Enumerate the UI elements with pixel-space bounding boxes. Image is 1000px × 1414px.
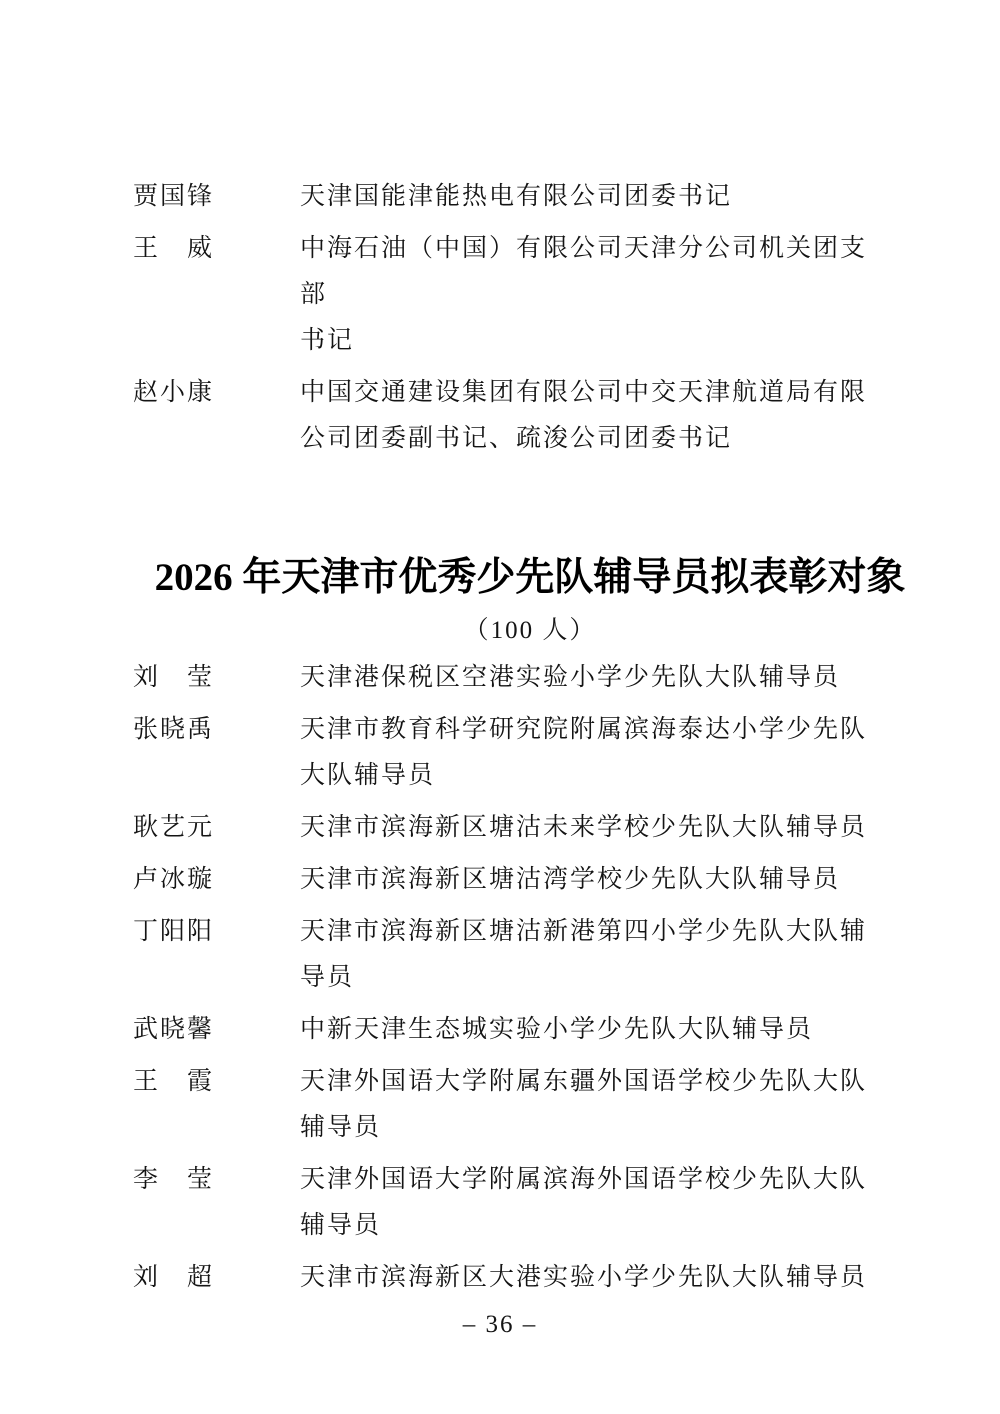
person-name: 耿艺元 — [133, 805, 300, 851]
section-title: 2026 年天津市优秀少先队辅导员拟表彰对象 — [118, 550, 942, 606]
list-item: 耿艺元 天津市滨海新区塘沽未来学校少先队大队辅导员 — [133, 805, 942, 851]
person-position: 天津港保税区空港实验小学少先队大队辅导员 — [300, 655, 885, 701]
awardee-list: 刘 莹 天津港保税区空港实验小学少先队大队辅导员 张晓禹 天津市教育科学研究院附… — [133, 655, 942, 1301]
person-position: 天津市滨海新区大港实验小学少先队大队辅导员 — [300, 1255, 885, 1301]
person-name: 卢冰璇 — [133, 857, 300, 903]
person-position: 天津市滨海新区塘沽新港第四小学少先队大队辅 导员 — [300, 909, 885, 1001]
person-name: 刘 莹 — [133, 655, 300, 701]
list-item: 贾国锋 天津国能津能热电有限公司团委书记 — [133, 174, 942, 220]
document-page: 贾国锋 天津国能津能热电有限公司团委书记 王 威 中海石油（中国）有限公司天津分… — [0, 0, 1000, 1414]
section-subtitle: （100 人） — [118, 611, 942, 651]
list-item: 张晓禹 天津市教育科学研究院附属滨海泰达小学少先队 大队辅导员 — [133, 707, 942, 799]
person-position: 天津市滨海新区塘沽湾学校少先队大队辅导员 — [300, 857, 885, 903]
person-name: 王 霞 — [133, 1059, 300, 1105]
person-position: 天津外国语大学附属东疆外国语学校少先队大队 辅导员 — [300, 1059, 885, 1151]
person-position: 中新天津生态城实验小学少先队大队辅导员 — [300, 1007, 885, 1053]
list-item: 王 威 中海石油（中国）有限公司天津分公司机关团支部 书记 — [133, 226, 942, 364]
person-position: 天津国能津能热电有限公司团委书记 — [300, 174, 885, 220]
page-content: 贾国锋 天津国能津能热电有限公司团委书记 王 威 中海石油（中国）有限公司天津分… — [0, 0, 1000, 1301]
list-item: 王 霞 天津外国语大学附属东疆外国语学校少先队大队 辅导员 — [133, 1059, 942, 1151]
person-position: 天津市滨海新区塘沽未来学校少先队大队辅导员 — [300, 805, 885, 851]
person-name: 王 威 — [133, 226, 300, 272]
list-item: 李 莹 天津外国语大学附属滨海外国语学校少先队大队 辅导员 — [133, 1157, 942, 1249]
list-item: 刘 莹 天津港保税区空港实验小学少先队大队辅导员 — [133, 655, 942, 701]
person-name: 武晓馨 — [133, 1007, 300, 1053]
person-position: 中国交通建设集团有限公司中交天津航道局有限 公司团委副书记、疏浚公司团委书记 — [300, 370, 885, 462]
list-item: 刘 超 天津市滨海新区大港实验小学少先队大队辅导员 — [133, 1255, 942, 1301]
person-name: 张晓禹 — [133, 707, 300, 753]
list-item: 武晓馨 中新天津生态城实验小学少先队大队辅导员 — [133, 1007, 942, 1053]
person-name: 赵小康 — [133, 370, 300, 416]
person-name: 贾国锋 — [133, 174, 300, 220]
continuation-list: 贾国锋 天津国能津能热电有限公司团委书记 王 威 中海石油（中国）有限公司天津分… — [133, 174, 942, 462]
person-position: 中海石油（中国）有限公司天津分公司机关团支部 书记 — [300, 226, 885, 364]
list-item: 赵小康 中国交通建设集团有限公司中交天津航道局有限 公司团委副书记、疏浚公司团委… — [133, 370, 942, 462]
person-name: 李 莹 — [133, 1157, 300, 1203]
person-name: 刘 超 — [133, 1255, 300, 1301]
list-item: 丁阳阳 天津市滨海新区塘沽新港第四小学少先队大队辅 导员 — [133, 909, 942, 1001]
list-item: 卢冰璇 天津市滨海新区塘沽湾学校少先队大队辅导员 — [133, 857, 942, 903]
person-name: 丁阳阳 — [133, 909, 300, 955]
person-position: 天津外国语大学附属滨海外国语学校少先队大队 辅导员 — [300, 1157, 885, 1249]
page-number: – 36 – — [0, 1305, 1000, 1345]
person-position: 天津市教育科学研究院附属滨海泰达小学少先队 大队辅导员 — [300, 707, 885, 799]
